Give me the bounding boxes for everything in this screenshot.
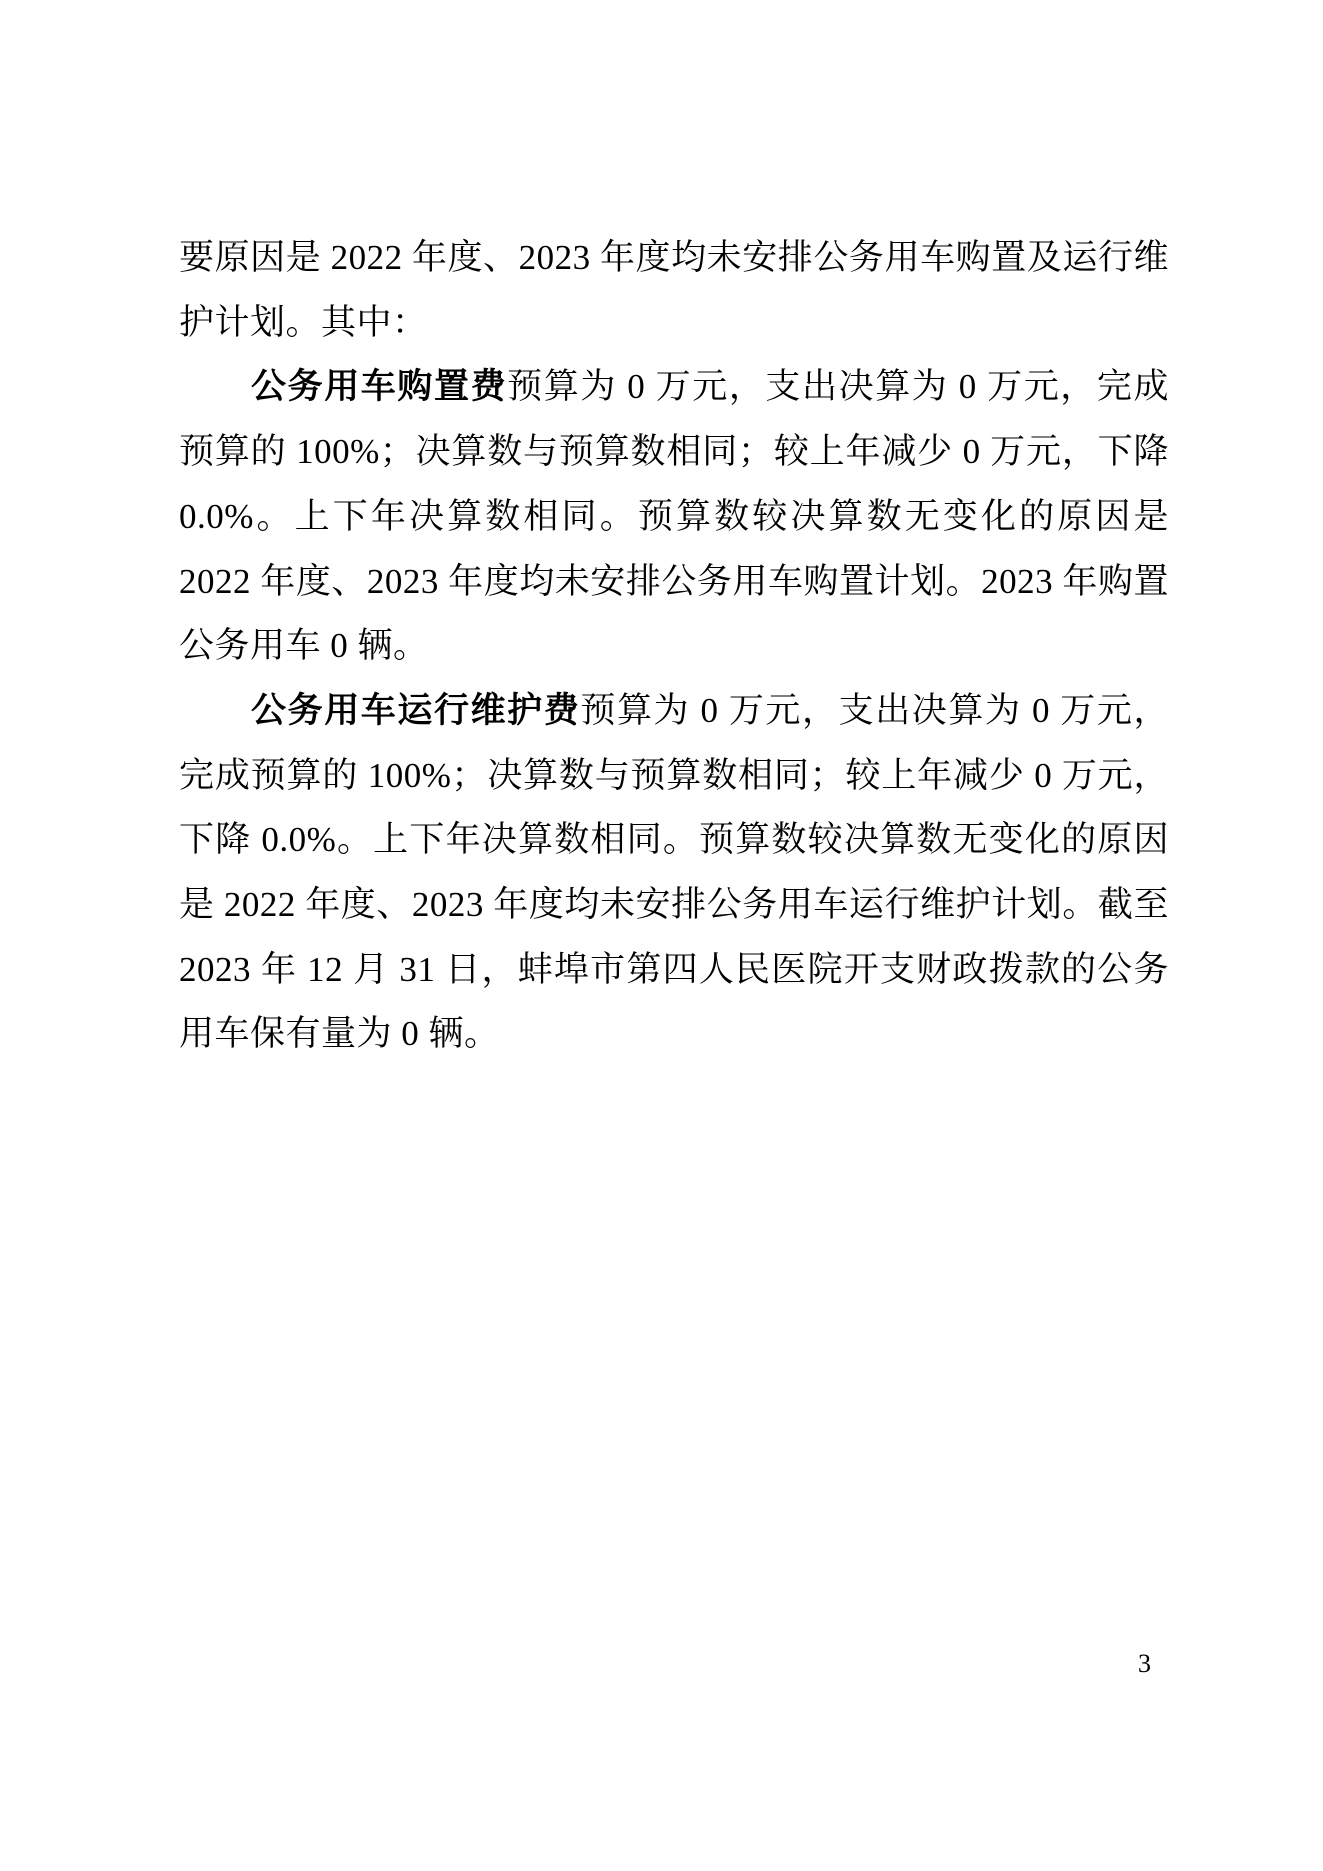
paragraph-vehicle-purchase-fee: 公务用车购置费预算为 0 万元，支出决算为 0 万元，完成预算的 100%；决算… [179,355,1169,679]
paragraph-vehicle-maintenance-fee: 公务用车运行维护费预算为 0 万元，支出决算为 0 万元，完成预算的 100%；… [179,679,1169,1067]
paragraph-continuation: 要原因是 2022 年度、2023 年度均未安排公务用车购置及运行维护计划。其中… [179,226,1169,355]
paragraph-text: 预算为 0 万元，支出决算为 0 万元，完成预算的 100%；决算数与预算数相同… [179,691,1169,1054]
paragraph-text: 预算为 0 万元，支出决算为 0 万元，完成预算的 100%；决算数与预算数相同… [179,367,1169,665]
document-body: 要原因是 2022 年度、2023 年度均未安排公务用车购置及运行维护计划。其中… [179,226,1169,1067]
document-page: 要原因是 2022 年度、2023 年度均未安排公务用车购置及运行维护计划。其中… [0,0,1323,1871]
paragraph-lead-bold: 公务用车购置费 [251,367,507,406]
page-number: 3 [1138,1648,1151,1680]
paragraph-text: 要原因是 2022 年度、2023 年度均未安排公务用车购置及运行维护计划。其中… [179,238,1169,342]
paragraph-lead-bold: 公务用车运行维护费 [251,691,580,730]
